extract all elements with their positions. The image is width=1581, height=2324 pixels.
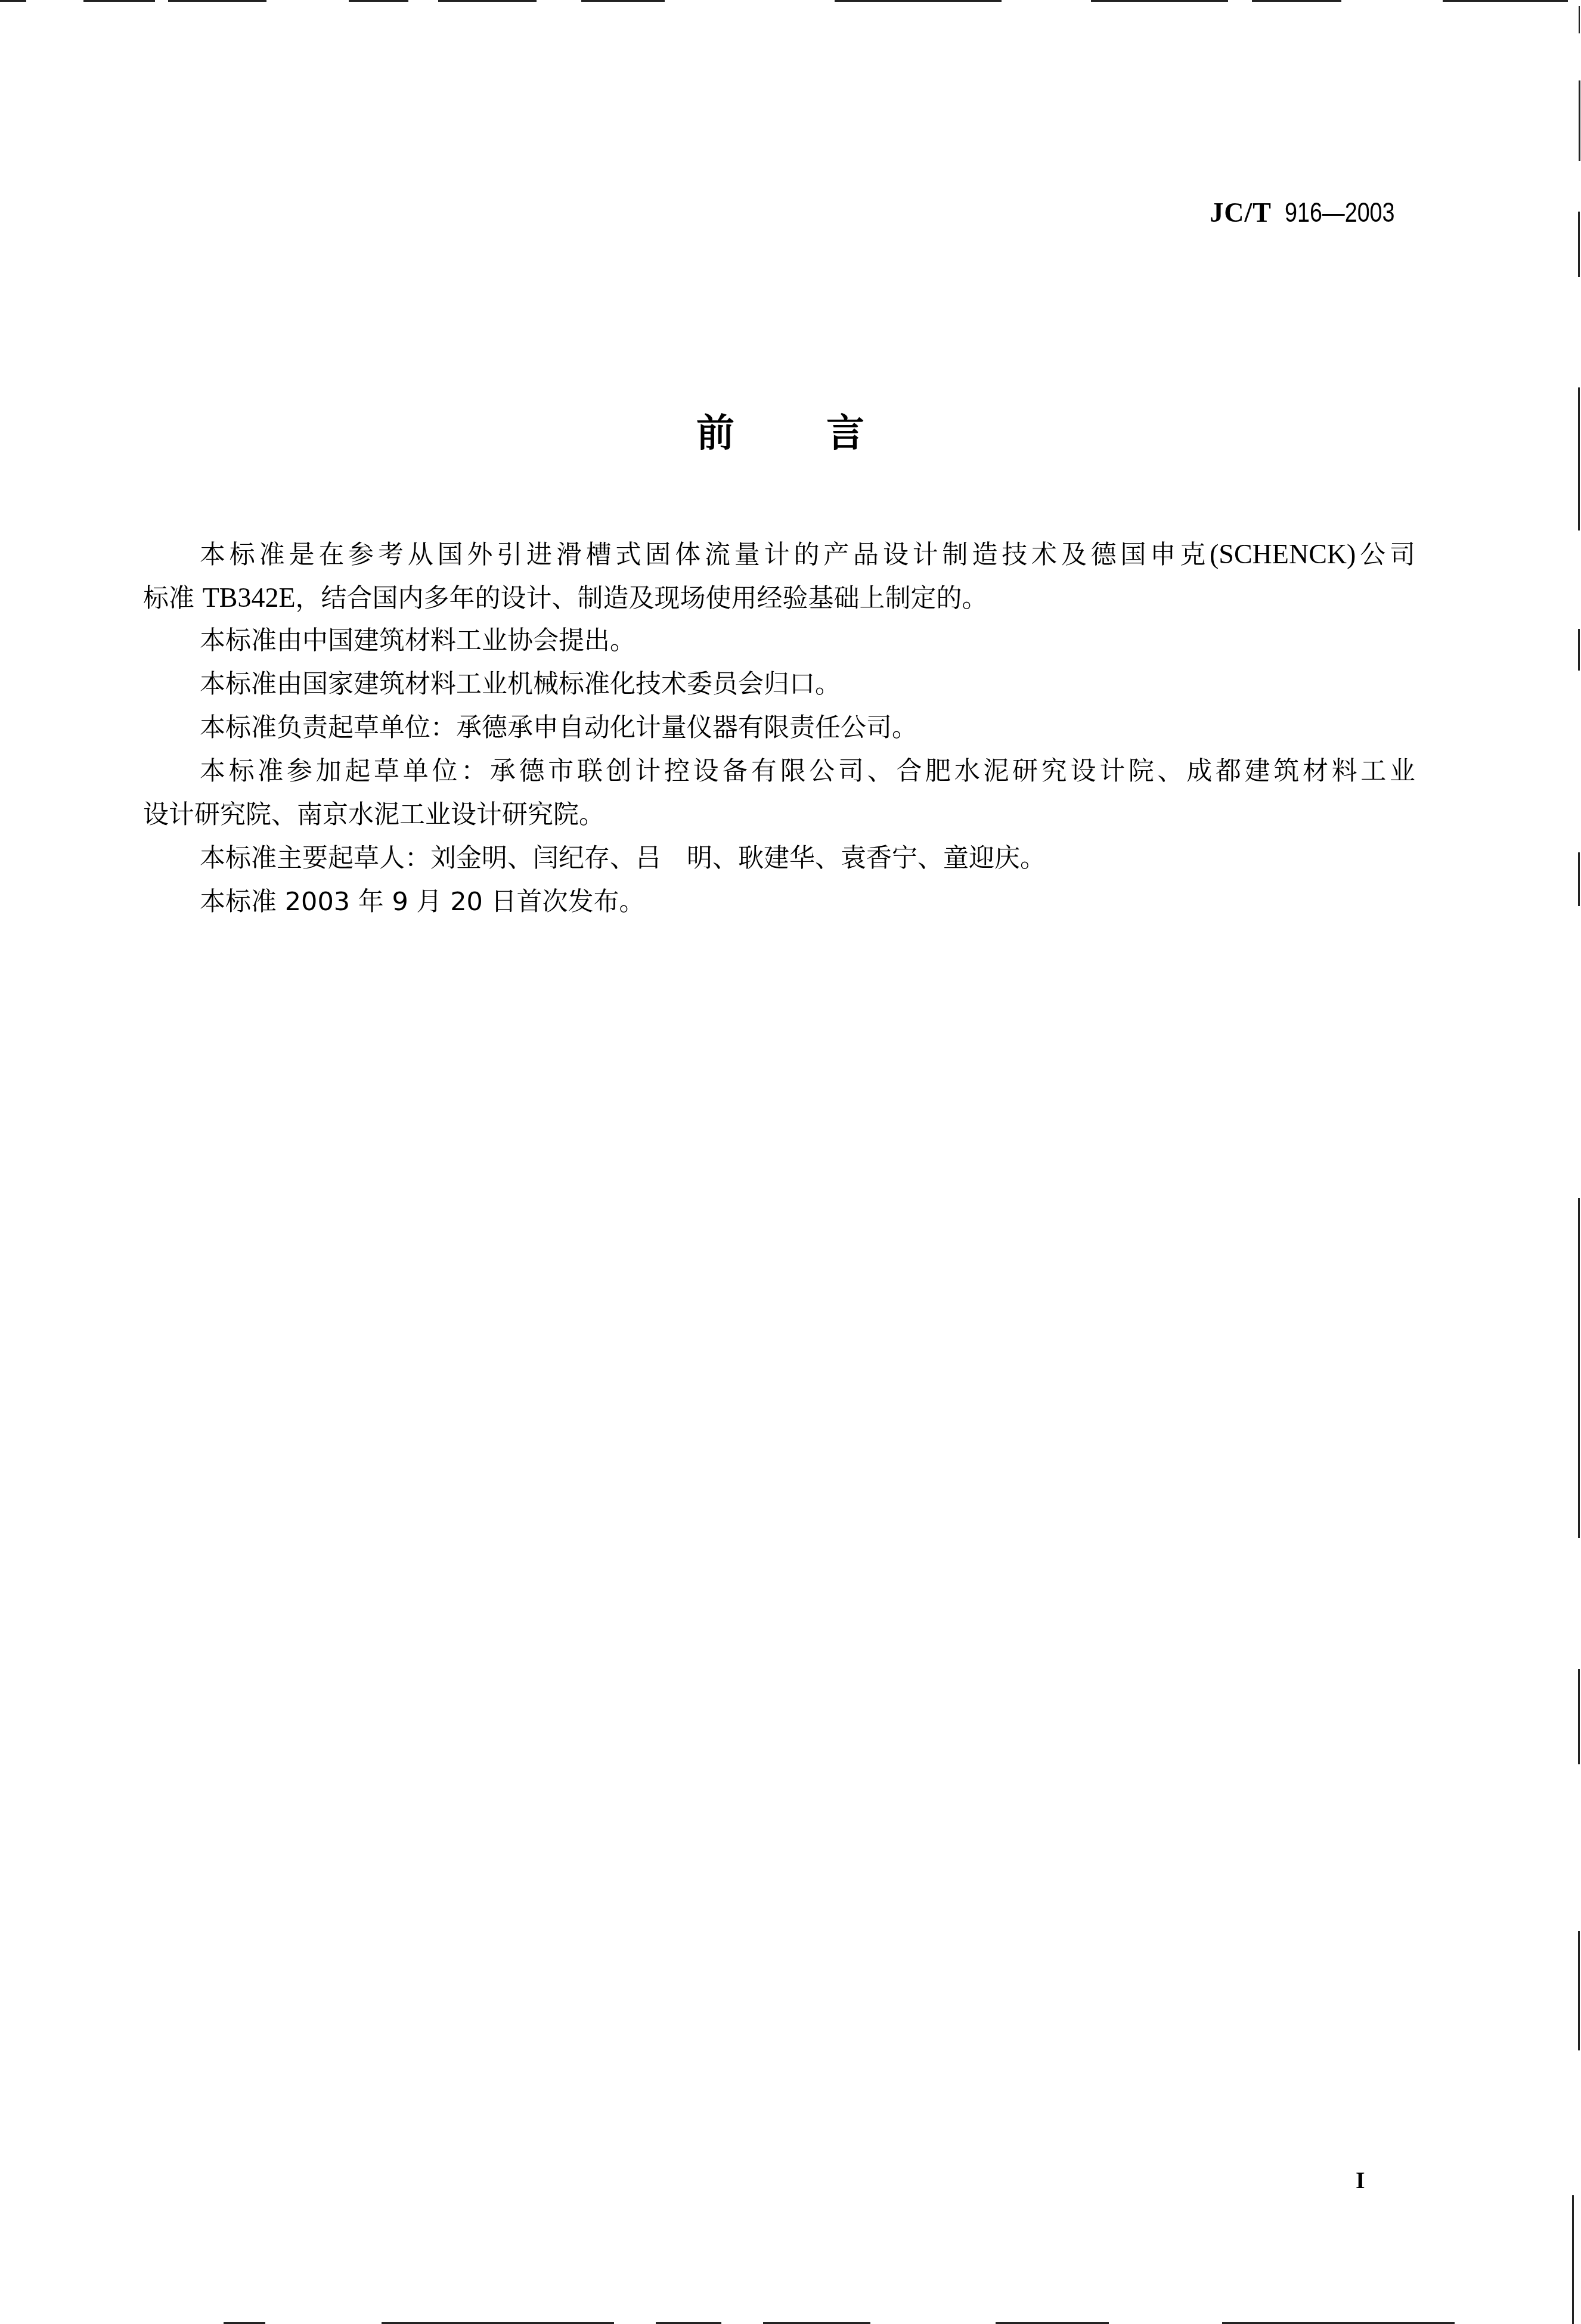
scan-edge-top-1: [0, 0, 26, 2]
scan-edge-right-2: [1579, 80, 1580, 161]
scan-edge-top-2: [83, 0, 155, 2]
page-title: 前 言: [692, 407, 870, 460]
text-run: 公司: [1356, 540, 1415, 570]
page-number: I: [1356, 2167, 1365, 2193]
paragraph-7: 本标准 2003 年 9 月 20 日首次发布。: [143, 880, 1415, 924]
paragraph-4: 本标准负责起草单位：承德承申自动化计量仪器有限责任公司。: [143, 706, 1415, 750]
title-char-2: 言: [826, 407, 864, 460]
scan-edge-top-5: [438, 0, 537, 2]
paragraph-3: 本标准由国家建筑材料工业机械标准化技术委员会归口。: [143, 663, 1415, 706]
scan-edge-right-7: [1578, 1198, 1580, 1538]
paragraph-1-line-2: 标准 TB342E，结合国内多年的设计、制造及现场使用经验基础上制定的。: [143, 576, 1415, 619]
scan-edge-right-8: [1578, 1669, 1580, 1764]
title-char-1: 前: [696, 407, 734, 460]
standard-ref-latin: TB342E: [203, 582, 296, 613]
paragraph-1-line-1: 本标准是在参考从国外引进滑槽式固体流量计的产品设计制造技术及德国申克(SCHEN…: [143, 532, 1415, 576]
paragraph-6: 本标准主要起草人：刘金明、闫纪存、吕 明、耿建华、袁香宁、童迎庆。: [143, 837, 1415, 880]
paragraph-2: 本标准由中国建筑材料工业协会提出。: [143, 619, 1415, 663]
scan-edge-right-5: [1578, 629, 1580, 671]
scan-edge-right-6: [1578, 852, 1580, 906]
scan-edge-top-4: [349, 0, 408, 2]
text-run: 本标准是在参考从国外引进滑槽式固体流量计的产品设计制造技术及德国申克: [200, 540, 1210, 570]
scan-edge-top-6: [581, 0, 665, 2]
scan-edge-top-7: [835, 0, 1002, 2]
scan-edge-top-3: [168, 0, 266, 2]
scan-edge-top-8: [1091, 0, 1228, 2]
foreword-body: 本标准是在参考从国外引进滑槽式固体流量计的产品设计制造技术及德国申克(SCHEN…: [143, 532, 1415, 924]
text-run: 标准: [143, 584, 203, 613]
scan-edge-top-10: [1443, 0, 1568, 2]
scan-edge-right-9: [1578, 1931, 1580, 2050]
scan-edge-right-10: [1572, 2195, 1574, 2324]
scan-edge-right-4: [1578, 387, 1580, 530]
paragraph-5-line-2: 设计研究院、南京水泥工业设计研究院。: [143, 793, 1415, 837]
document-page: JC/T916—2003 前 言 本标准是在参考从国外引进滑槽式固体流量计的产品…: [0, 0, 1581, 2324]
scan-edge-top-9: [1252, 0, 1341, 2]
company-name-latin: (SCHENCK): [1210, 539, 1356, 569]
scan-edge-right-3: [1578, 212, 1580, 277]
text-run: ，结合国内多年的设计、制造及现场使用经验基础上制定的。: [296, 584, 988, 613]
standard-number: 916—2003: [1285, 194, 1395, 230]
standard-code-header: JC/T916—2003: [1162, 194, 1419, 231]
scan-edge-right-1: [1579, 6, 1580, 33]
standard-prefix: JC/T: [1210, 197, 1272, 228]
paragraph-5-line-1: 本标准参加起草单位：承德市联创计控设备有限公司、合肥水泥研究设计院、成都建筑材料…: [143, 750, 1415, 793]
